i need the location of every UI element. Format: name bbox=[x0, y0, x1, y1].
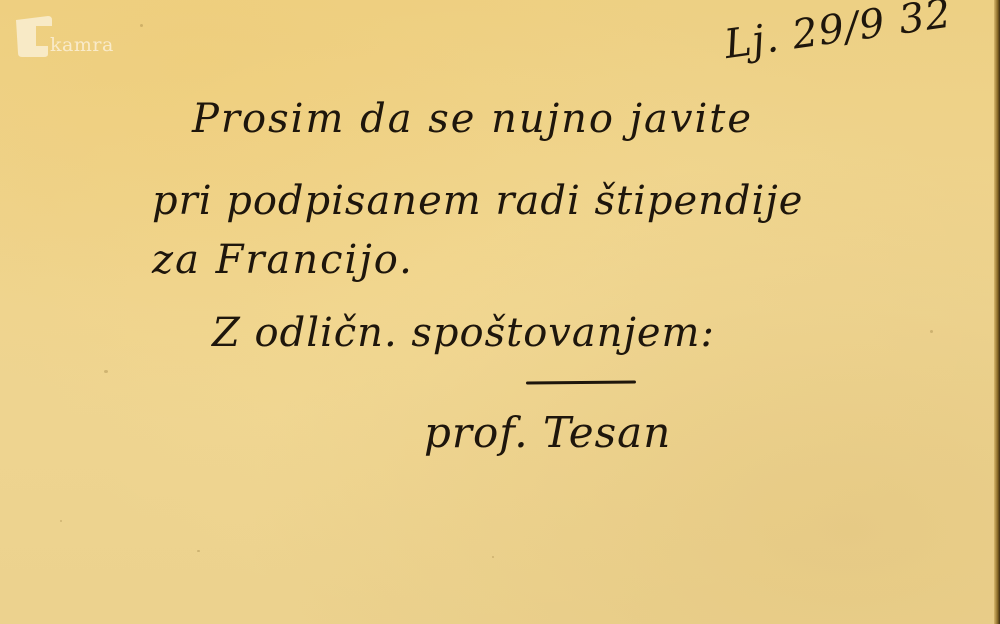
body-line-1: Prosim da se nujno javite bbox=[192, 96, 753, 142]
signature-rule bbox=[526, 381, 636, 385]
postcard: kamra Lj. 29/9 32 Prosim da se nujno jav… bbox=[0, 0, 994, 624]
paper-speck bbox=[140, 24, 143, 27]
paper-speck bbox=[197, 550, 200, 552]
closing-line: Z odličn. spoštovanjem: bbox=[212, 310, 715, 356]
paper-speck bbox=[60, 520, 62, 522]
body-line-2: pri podpisanem radi štipendije bbox=[152, 178, 803, 224]
watermark: kamra bbox=[14, 12, 114, 60]
paper-speck bbox=[930, 330, 933, 333]
kamra-logo-icon bbox=[14, 12, 54, 58]
paper-edge bbox=[994, 0, 1000, 624]
paper-speck bbox=[104, 370, 108, 373]
paper-speck bbox=[492, 556, 494, 558]
signature: prof. Tesan bbox=[424, 408, 671, 457]
date-line: Lj. 29/9 32 bbox=[722, 0, 955, 68]
watermark-label: kamra bbox=[50, 34, 114, 56]
body-line-3: za Francijo. bbox=[152, 237, 414, 283]
